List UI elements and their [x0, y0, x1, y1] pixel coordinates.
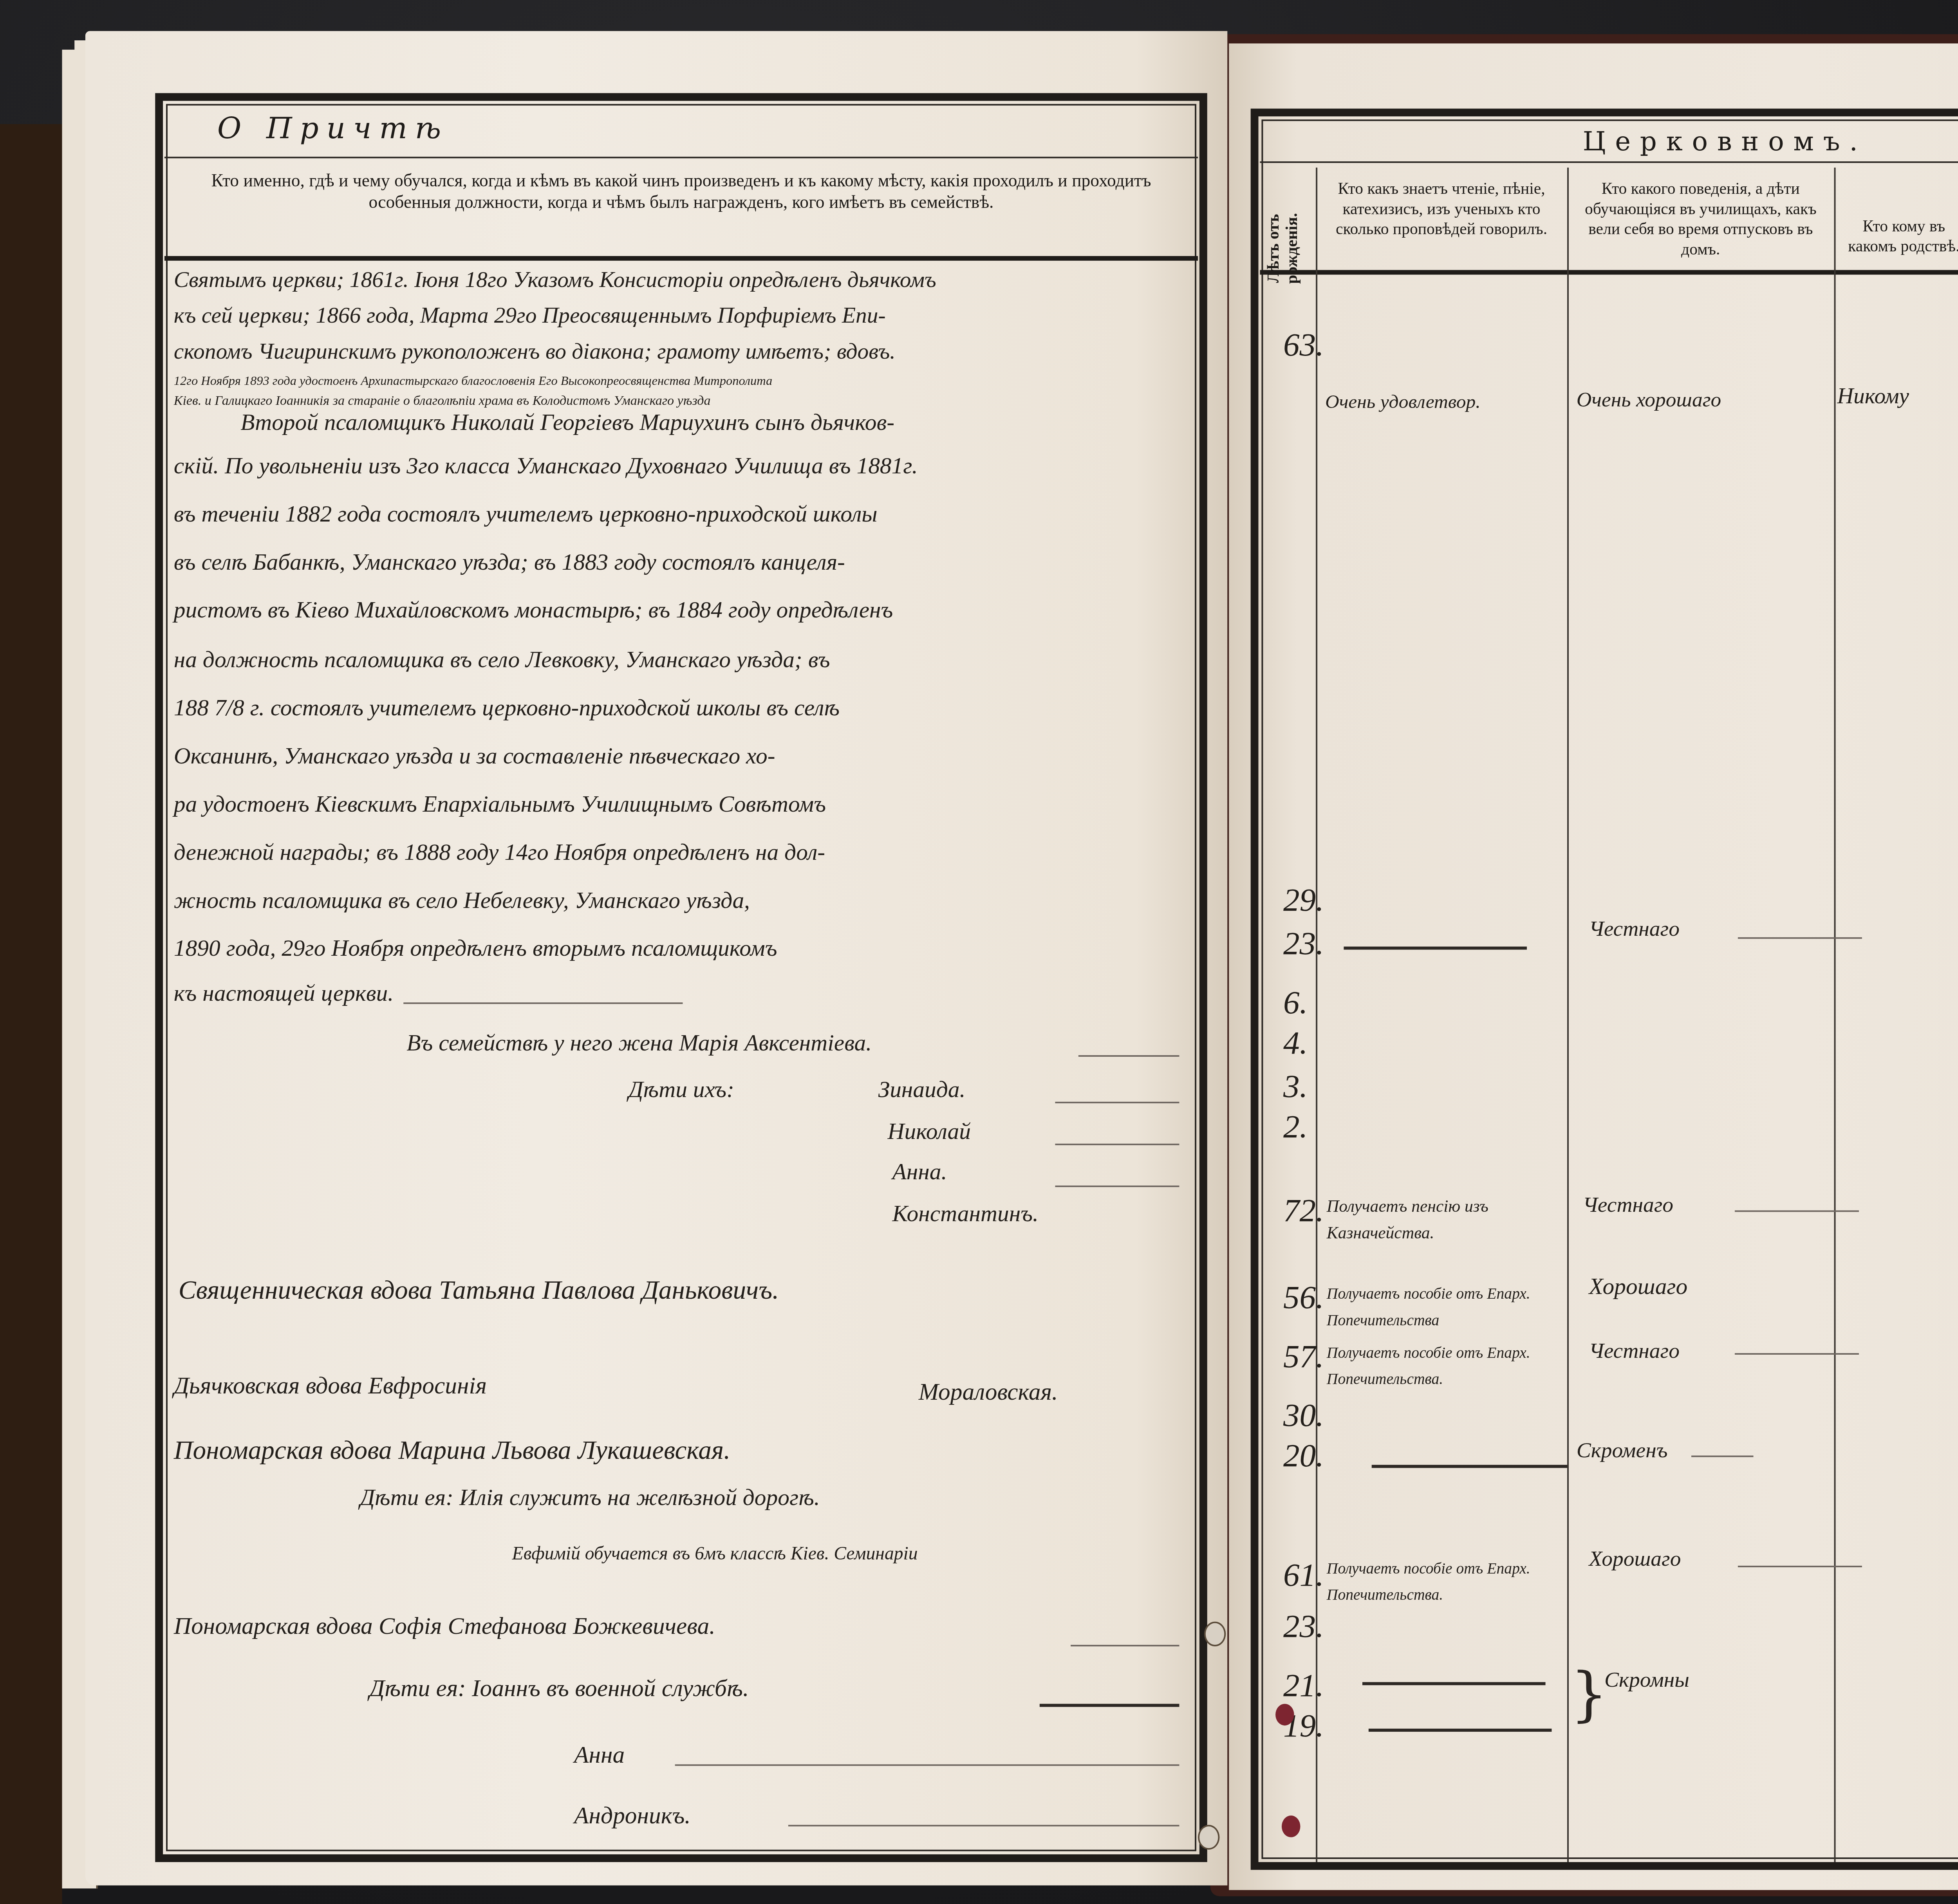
handwritten-line: скопомъ Чигиринскимъ рукоположенъ во діа… — [174, 340, 896, 366]
handwritten-line: жность псаломщика въ село Небелевку, Ума… — [174, 889, 750, 915]
title-divider — [164, 157, 1198, 163]
handwritten-line: скій. По увольненіи изъ 3го класса Уманс… — [174, 455, 918, 481]
children-label: Дѣти ихъ: — [629, 1078, 734, 1105]
empty-marker — [1372, 1465, 1567, 1468]
line-filler — [1738, 1566, 1862, 1567]
widow-entry: Священническая вдова Татьяна Павлова Дан… — [179, 1276, 779, 1307]
binding-hole — [1282, 1816, 1301, 1837]
handwritten-note: Кіев. и Галицкаго Іоанникія за стараніе … — [174, 393, 711, 408]
knowledge-value: Получаетъ пособіе отъ Епарх. Попечительс… — [1327, 1341, 1559, 1393]
handwritten-line: на должность псаломщика въ село Левковку… — [174, 649, 830, 675]
age-value: 63. — [1283, 326, 1324, 365]
handwritten-line: къ настоящей церкви. — [174, 982, 394, 1009]
age-value: 6. — [1283, 984, 1308, 1023]
line-filler — [788, 1825, 1179, 1826]
header-divider — [1260, 270, 1958, 275]
conduct-value: Скроменъ — [1577, 1440, 1668, 1465]
left-page-title: О Причтѣ — [217, 112, 449, 146]
age-value: 56. — [1283, 1279, 1324, 1317]
age-value: 2. — [1283, 1108, 1308, 1147]
conduct-value: Честнаго — [1589, 1341, 1679, 1365]
line-filler — [1078, 1055, 1179, 1057]
age-value: 4. — [1283, 1024, 1308, 1063]
binding-hole — [1275, 1704, 1294, 1725]
column-header-knowledge: Кто какъ знаетъ чтеніе, пѣніе, катехизис… — [1322, 180, 1561, 241]
line-filler — [1735, 1353, 1859, 1355]
age-value: 72. — [1283, 1192, 1324, 1231]
column-divider — [1834, 168, 1836, 1862]
conduct-value: Хорошаго — [1589, 1276, 1687, 1302]
book-spread: О Причтѣ Кто именно, гдѣ и чему обучался… — [0, 0, 1958, 1904]
line-filler — [675, 1764, 1179, 1766]
knowledge-value: Получаетъ пенсію изъ Казначейства. — [1327, 1195, 1559, 1248]
line-filler — [1691, 1456, 1753, 1457]
age-value: 30. — [1283, 1397, 1324, 1435]
age-value: 61. — [1283, 1556, 1324, 1595]
line-filler — [1055, 1102, 1179, 1103]
handwritten-line: денежной награды; въ 1888 году 14го Нояб… — [174, 841, 825, 867]
knowledge-value: Очень удовлетвор. — [1325, 391, 1481, 414]
widow-children: Дѣти ея: Іоаннъ въ военной службѣ. — [369, 1676, 749, 1704]
knowledge-value: Получаетъ пособіе отъ Епарх. Попечительс… — [1327, 1282, 1559, 1335]
age-value: 29. — [1283, 881, 1324, 920]
line-filler — [1738, 937, 1862, 939]
age-value: 23. — [1283, 1608, 1324, 1646]
empty-marker — [1362, 1682, 1546, 1685]
column-header-kinship: Кто кому въ какомъ родствѣ. — [1840, 217, 1958, 258]
conduct-value: Хорошаго — [1589, 1548, 1681, 1573]
widow-surname: Мораловская. — [919, 1379, 1058, 1407]
handwritten-line: 1890 года, 29го Ноября опредѣленъ вторым… — [174, 937, 777, 964]
kinship-value: Никому — [1837, 385, 1909, 411]
grouping-brace: } — [1570, 1660, 1608, 1729]
knowledge-value: Получаетъ пособіе отъ Епарх. Попечительс… — [1327, 1556, 1559, 1609]
widow-entry: Пономарская вдова Марина Львова Лукашевс… — [174, 1435, 730, 1466]
right-page-title: Церковномъ. — [1583, 127, 1867, 158]
conduct-value: Честнаго — [1589, 919, 1679, 943]
widow-child-name: Анна — [574, 1743, 625, 1770]
age-value: 3. — [1283, 1068, 1308, 1106]
binding-hole — [1204, 1622, 1226, 1646]
line-filler — [1071, 1645, 1179, 1646]
column-divider — [1567, 168, 1569, 1862]
line-filler — [403, 1002, 683, 1004]
widow-entry: Пономарская вдова Софія Стефанова Божкев… — [174, 1614, 715, 1642]
conduct-value: Очень хорошаго — [1577, 388, 1721, 413]
child-name: Анна. — [892, 1161, 947, 1187]
line-filler — [1055, 1144, 1179, 1145]
line-filler — [1735, 1210, 1859, 1212]
binding-hole — [1198, 1825, 1219, 1850]
child-name: Зинаида. — [878, 1078, 966, 1105]
empty-marker — [1344, 947, 1527, 950]
handwritten-line: Второй псаломщикъ Николай Георгіевъ Мари… — [240, 411, 894, 437]
child-name: Николай — [887, 1121, 971, 1147]
age-value: 20. — [1283, 1437, 1324, 1476]
handwritten-line: 188 7/8 г. состоялъ учителемъ церковно-п… — [174, 697, 840, 723]
widow-children: Дѣти ея: Илія служитъ на желѣзной дорогѣ… — [360, 1487, 820, 1513]
left-column-header: Кто именно, гдѣ и чему обучался, когда и… — [183, 171, 1179, 215]
title-divider — [1260, 161, 1958, 168]
age-value: 57. — [1283, 1337, 1324, 1376]
line-filler — [1055, 1186, 1179, 1187]
handwritten-line: ристомъ въ Кіево Михайловскомъ монастырѣ… — [174, 599, 893, 625]
family-header: Въ семействѣ у него жена Марія Авксентіе… — [406, 1032, 872, 1058]
handwritten-line: въ теченіи 1882 года состоялъ учителемъ … — [174, 503, 878, 529]
widow-entry: Дьячковская вдова Евфросинія — [174, 1373, 487, 1401]
line-filler — [1040, 1704, 1179, 1707]
handwritten-line: Святымъ церкви; 1861г. Іюня 18го Указомъ… — [174, 269, 936, 295]
widow-children-note: Евфимій обучается въ 6мъ классѣ Кіев. Се… — [512, 1543, 918, 1566]
handwritten-line: Оксанинѣ, Уманскаго уѣзда и за составлен… — [174, 745, 775, 771]
handwritten-line: ра удостоенъ Кіевскимъ Епархіальнымъ Учи… — [174, 793, 826, 819]
column-header-age: Лѣтъ отъ рожденія. — [1266, 199, 1304, 298]
handwritten-line: въ селѣ Бабанкѣ, Уманскаго уѣзда; въ 188… — [174, 551, 845, 577]
empty-marker — [1369, 1729, 1552, 1732]
age-value: 21. — [1283, 1667, 1324, 1705]
book-cover-left — [0, 124, 62, 1904]
handwritten-line: къ сей церкви; 1866 года, Марта 29го Пре… — [174, 304, 886, 330]
conduct-value: Честнаго — [1583, 1195, 1673, 1220]
widow-child-name: Андроникъ. — [574, 1803, 691, 1831]
handwritten-note: 12го Ноября 1893 года удостоенъ Архипаст… — [174, 374, 772, 388]
column-header-conduct: Кто какого поведенія, а дѣти обучающіяся… — [1573, 180, 1828, 262]
header-divider — [164, 256, 1198, 261]
conduct-value: Скромны — [1604, 1670, 1689, 1695]
child-name: Константинъ. — [892, 1203, 1039, 1229]
age-value: 23. — [1283, 925, 1324, 964]
